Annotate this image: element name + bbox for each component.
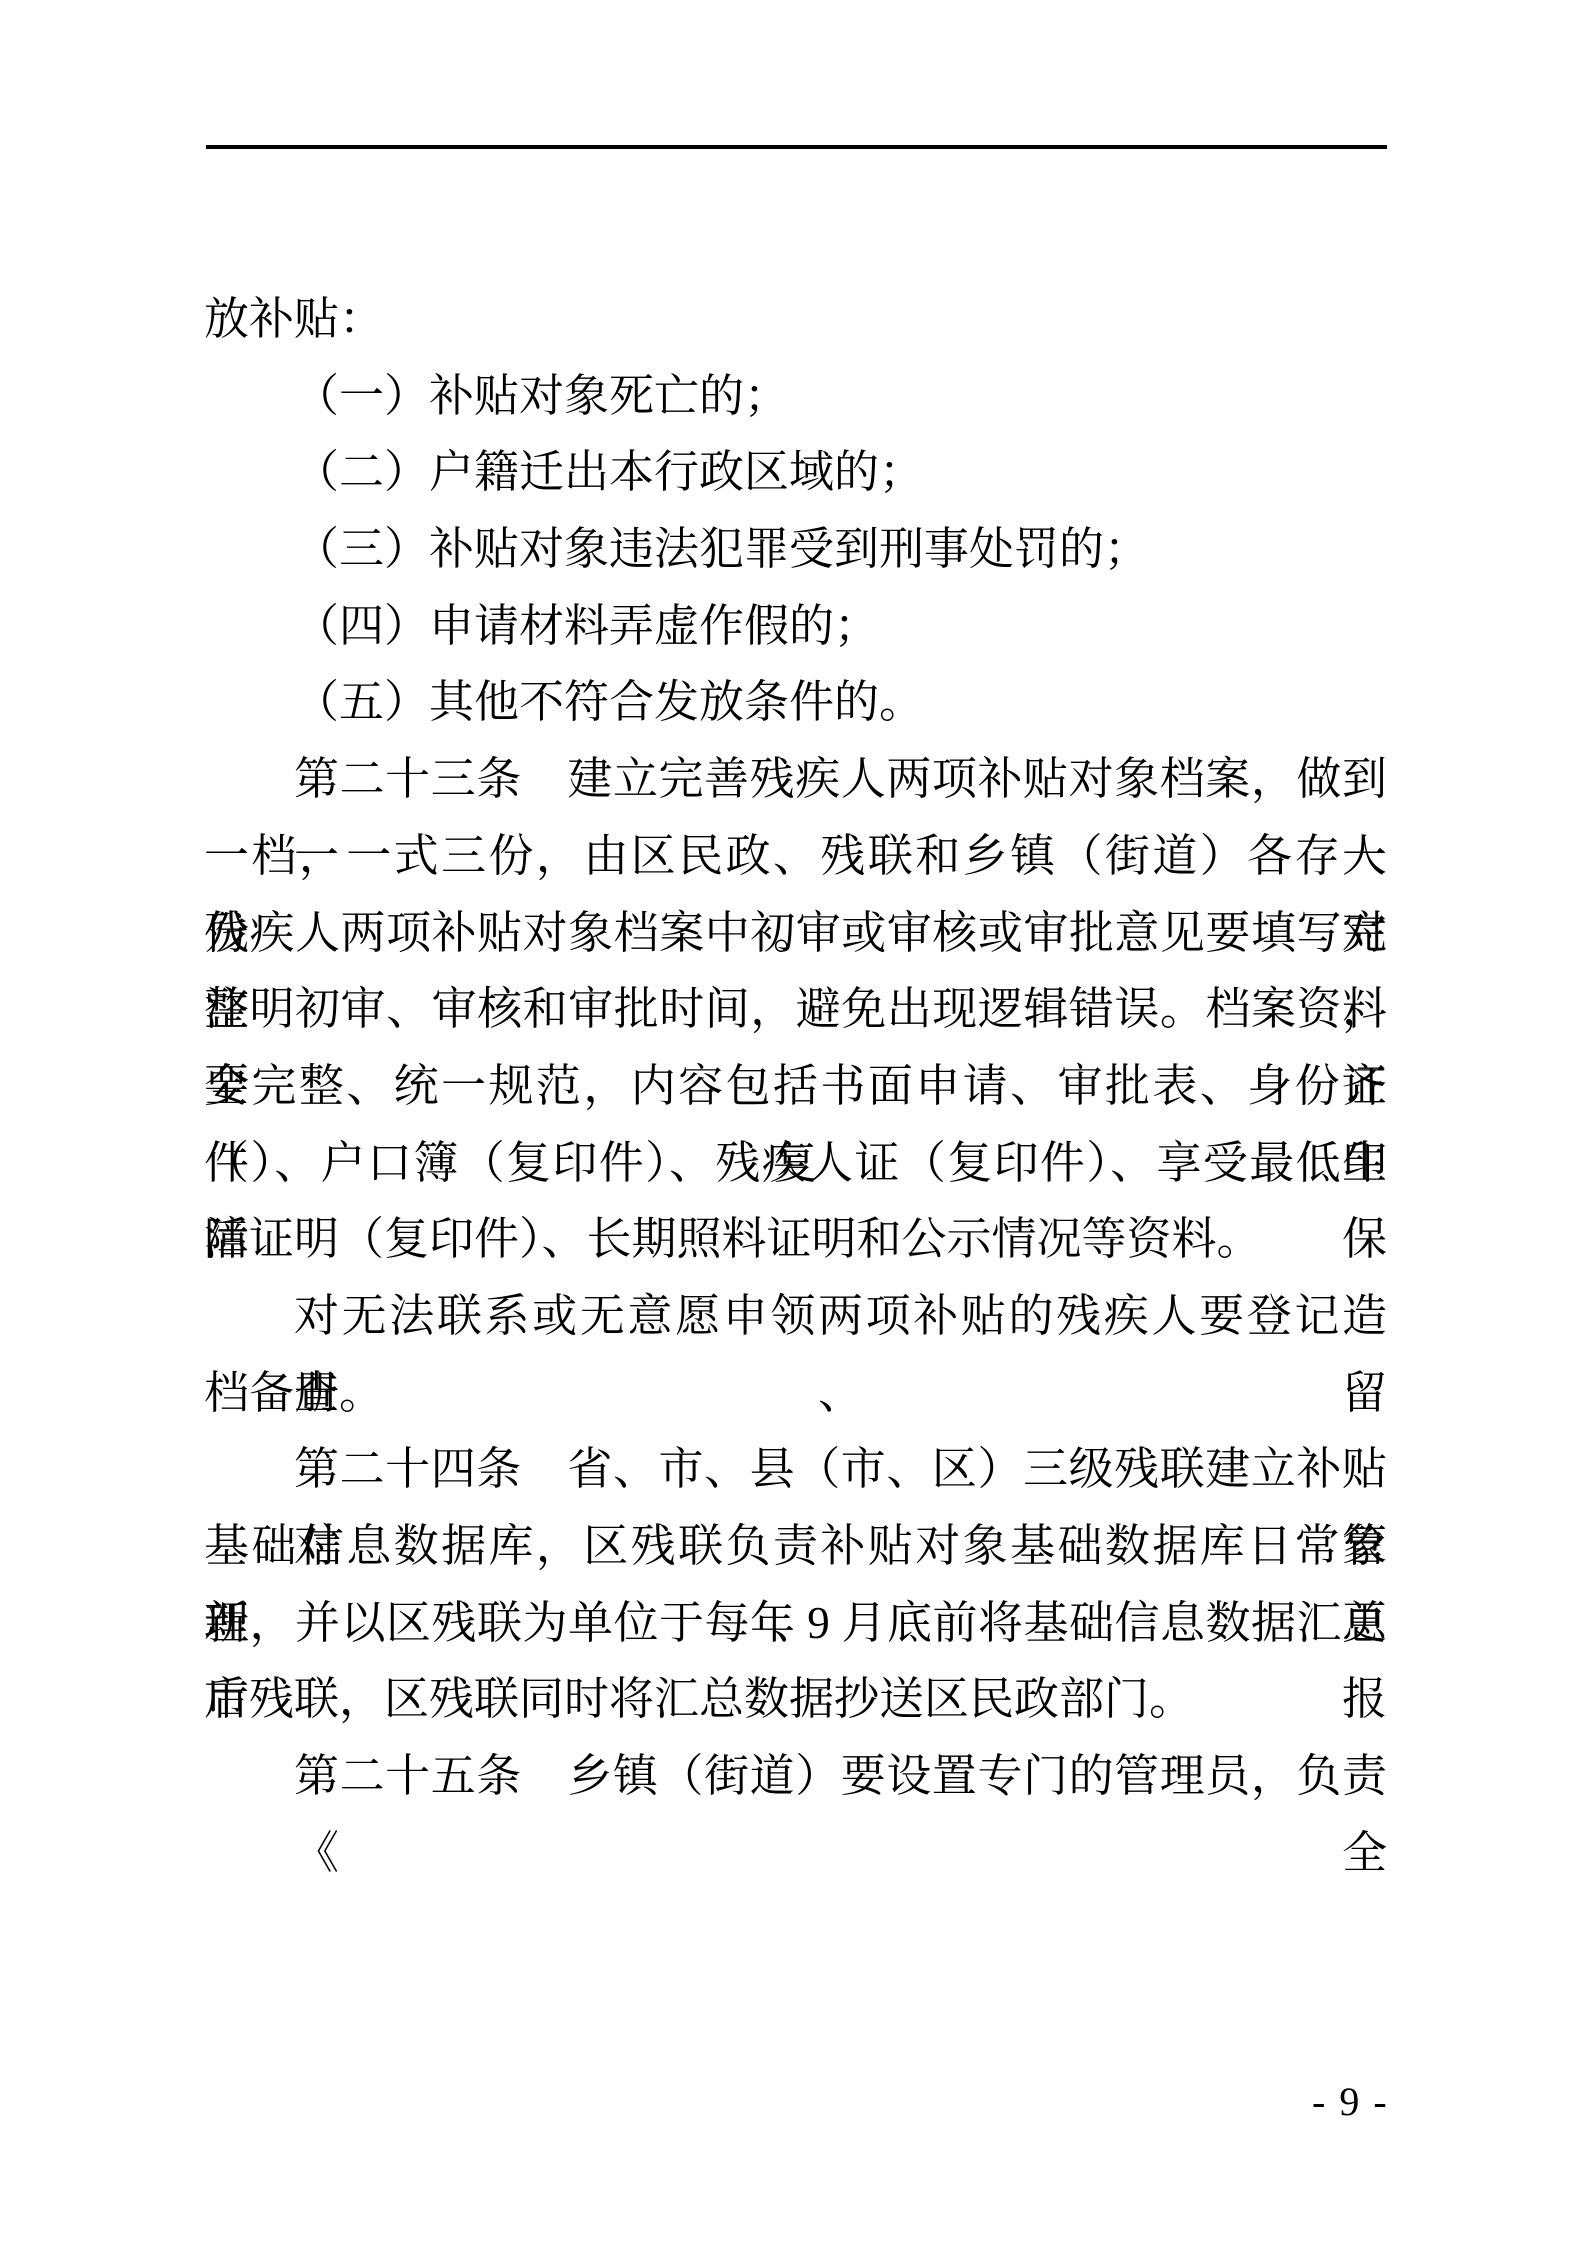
text-line: 第二十三条 建立完善残疾人两项补贴对象档案，做到一人 (204, 741, 1387, 818)
text-line: 对无法联系或无意愿申领两项补贴的残疾人要登记造册、留 (204, 1278, 1387, 1355)
text-line: 残疾人两项补贴对象档案中初审或审核或审批意见要填写完整， (204, 895, 1387, 972)
text-line: （三）补贴对象违法犯罪受到刑事处罚的； (204, 511, 1387, 588)
text-line: 注明初审、审核和审批时间，避免出现逻辑错误。档案资料要齐 (204, 971, 1387, 1048)
text-line: （五）其他不符合发放条件的。 (204, 664, 1387, 741)
text-line: 一档，一式三份，由区民政、残联和乡镇（街道）各存一份。对 (204, 818, 1387, 895)
text-line: 障证明（复印件）、长期照料证明和公示情况等资料。 (204, 1201, 1387, 1278)
text-line: 全完整、统一规范，内容包括书面申请、审批表、身份证（复印 (204, 1048, 1387, 1125)
document-body: 放补贴：（一）补贴对象死亡的；（二）户籍迁出本行政区域的；（三）补贴对象违法犯罪… (204, 281, 1387, 1815)
text-line: （四）申请材料弄虚作假的； (204, 588, 1387, 665)
document-page: 放补贴：（一）补贴对象死亡的；（二）户籍迁出本行政区域的；（三）补贴对象违法犯罪… (0, 0, 1587, 2245)
text-line: 新，并以区残联为单位于每年 9 月底前将基础信息数据汇总后报 (204, 1585, 1387, 1662)
page-number: - 9 - (1312, 2078, 1389, 2126)
text-line: 基础信息数据库，区残联负责补贴对象基础数据库日常管理、更 (204, 1508, 1387, 1585)
text-line: （二）户籍迁出本行政区域的； (204, 434, 1387, 511)
text-line: 第二十五条 乡镇（街道）要设置专门的管理员，负责《全 (204, 1738, 1387, 1815)
header-rule (206, 145, 1387, 149)
text-line: 放补贴： (204, 281, 1387, 358)
text-line: 第二十四条 省、市、县（市、区）三级残联建立补贴对象 (204, 1431, 1387, 1508)
text-line: 件）、户口簿（复印件）、残疾人证（复印件）、享受最低生活保 (204, 1125, 1387, 1202)
text-line: （一）补贴对象死亡的； (204, 358, 1387, 435)
